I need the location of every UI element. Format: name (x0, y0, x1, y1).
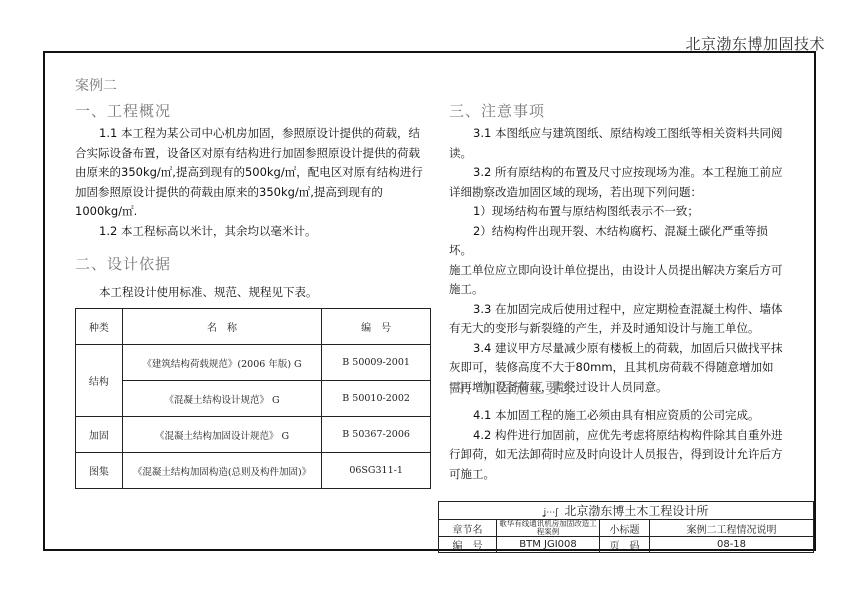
case-title: 案例二 (75, 75, 117, 95)
paragraph: 施工单位应立即向设计单位提出，由设计人员提出解决方案后方可施工。 (449, 261, 785, 300)
paragraph: 3.2 所有原结构的布置及尺寸应按现场为准。本工程施工前应详细勘察改造加固区域的… (449, 163, 785, 202)
section-title-construction: 四、加固施工要求 (449, 377, 577, 398)
table-cell-code: 06SG311-1 (322, 453, 431, 489)
paragraph: 2）结构构件出现开裂、木结构腐朽、混凝土碳化严重等损坏。 (449, 222, 785, 261)
section-title-notes: 三、注意事项 (449, 100, 545, 121)
paragraph: 1.1 本工程为某公司中心机房加固，参照原设计提供的荷载，结合实际设备布置，设备… (75, 124, 427, 222)
table-cell-name: 《混凝土结构加固设计规范》 G (122, 417, 321, 453)
table-cell-name: 《混凝土结构设计规范》 G (122, 381, 321, 417)
title-block-row: 章节名 歌华有线通讯机房加固改造工程案例 小标题 案例二工程情况说明 (439, 520, 814, 537)
table-cell-code: B 50009-2001 (322, 345, 431, 381)
table-row: 结构 《建筑结构荷载规范》(2006 年版) G B 50009-2001 (76, 345, 431, 381)
chapter-label: 章节名 (439, 520, 497, 537)
paragraph: 3.3 在加固完成后使用过程中，应定期检查混凝土构件、墙体有无大的变形与新裂缝的… (449, 300, 785, 339)
table-row: 图集 《混凝土结构加固构造(总则及构件加固)》 06SG311-1 (76, 453, 431, 489)
subtitle-label: 小标题 (600, 520, 650, 537)
table-row: 《混凝土结构设计规范》 G B 50010-2002 (76, 381, 431, 417)
section-overview-body: 1.1 本工程为某公司中心机房加固，参照原设计提供的荷载，结合实际设备布置，设备… (75, 124, 427, 241)
table-cell-name: 《混凝土结构加固构造(总则及构件加固)》 (122, 453, 321, 489)
table-row: 加固 《混凝土结构加固设计规范》 G B 50367-2006 (76, 417, 431, 453)
table-header-row: 种类 名 称 编 号 (76, 309, 431, 345)
section-notes-body: 3.1 本图纸应与建筑图纸、原结构竣工图纸等相关资料共同阅读。 3.2 所有原结… (449, 124, 785, 397)
table-header: 编 号 (322, 309, 431, 345)
section-title-design-basis: 二、设计依据 (75, 253, 171, 274)
table-cell-category: 图集 (76, 453, 123, 489)
table-header: 种类 (76, 309, 123, 345)
table-cell-name: 《建筑结构荷载规范》(2006 年版) G (122, 345, 321, 381)
number-value: BTM JGI008 (497, 537, 600, 553)
subtitle-value: 案例二工程情况说明 (650, 520, 814, 537)
company-name: 北京渤东博土木工程设计所 (564, 504, 708, 518)
company-name-cell: ʝ⋯ʃ北京渤东博土木工程设计所 (439, 502, 814, 520)
title-block-row: 编 号 BTM JGI008 页 码 08-18 (439, 537, 814, 553)
paragraph: 4.2 构件进行加固前，应优先考虑将原结构构件除其自重外进行卸荷，如无法卸荷时应… (449, 426, 785, 485)
design-basis-intro: 本工程设计使用标准、规范、规程见下表。 (99, 283, 429, 303)
standards-table: 种类 名 称 编 号 结构 《建筑结构荷载规范》(2006 年版) G B 50… (75, 308, 431, 489)
section-construction-body: 4.1 本加固工程的施工必须由具有相应资质的公司完成。 4.2 构件进行加固前，… (449, 406, 785, 484)
paragraph: 3.1 本图纸应与建筑图纸、原结构竣工图纸等相关资料共同阅读。 (449, 124, 785, 163)
table-header: 名 称 (122, 309, 321, 345)
title-block: ʝ⋯ʃ北京渤东博土木工程设计所 章节名 歌华有线通讯机房加固改造工程案例 小标题… (438, 501, 814, 553)
table-cell-code: B 50010-2002 (322, 381, 431, 417)
page-value: 08-18 (650, 537, 814, 553)
chapter-value: 歌华有线通讯机房加固改造工程案例 (497, 520, 600, 537)
table-cell-category: 结构 (76, 345, 123, 417)
table-cell-category: 加固 (76, 417, 123, 453)
title-block-company-row: ʝ⋯ʃ北京渤东博土木工程设计所 (439, 502, 814, 520)
company-logo-icon: ʝ⋯ʃ (544, 508, 559, 518)
number-label: 编 号 (439, 537, 497, 553)
page-label: 页 码 (600, 537, 650, 553)
paragraph: 4.1 本加固工程的施工必须由具有相应资质的公司完成。 (449, 406, 785, 426)
paragraph: 1）现场结构布置与原结构图纸表示不一致； (449, 202, 785, 222)
table-cell-code: B 50367-2006 (322, 417, 431, 453)
paragraph: 1.2 本工程标高以米计，其余均以毫米计。 (75, 222, 427, 242)
section-title-overview: 一、工程概况 (75, 100, 171, 121)
